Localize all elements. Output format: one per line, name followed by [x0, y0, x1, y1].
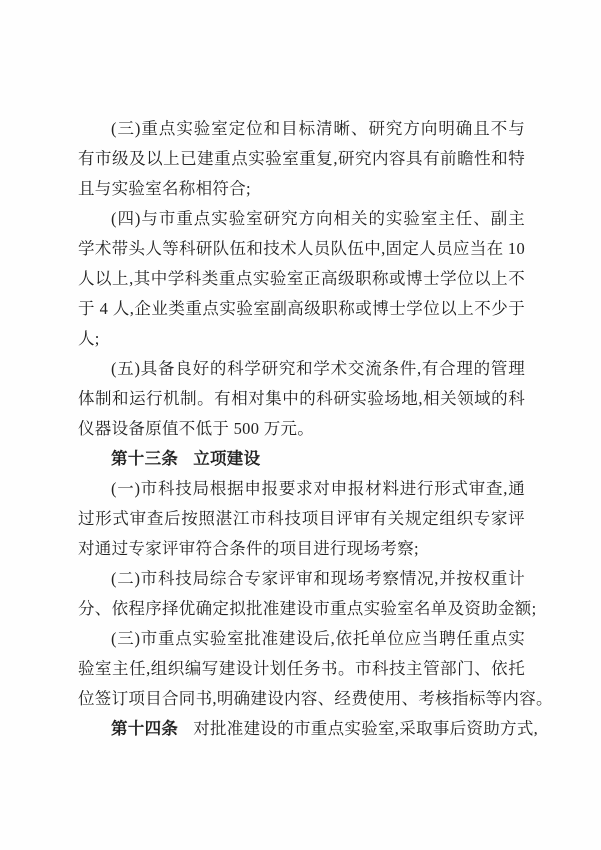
document-text-block: (三)重点实验室定位和目标清晰、研究方向明确且不与现 有市级及以上已建重点实验室…: [78, 114, 525, 744]
item-five-line-2: 体制和运行机制。有相对集中的科研实验场地,相关领域的科研: [78, 384, 525, 414]
step-three-line-2: 验室主任,组织编写建设计划任务书。市科技主管部门、依托单: [78, 654, 525, 684]
item-five-line-3: 仪器设备原值不低于 500 万元。: [78, 414, 525, 444]
step-two-line-1: (二)市科技局综合专家评审和现场考察情况,并按权重计: [78, 564, 525, 594]
item-four-line-1: (四)与市重点实验室研究方向相关的实验室主任、副主任、: [78, 204, 525, 234]
step-one-line-1: (一)市科技局根据申报要求对申报材料进行形式审查,通: [78, 474, 525, 504]
step-one-line-2: 过形式审查后按照湛江市科技项目评审有关规定组织专家评审,: [78, 504, 525, 534]
item-four-line-2: 学术带头人等科研队伍和技术人员队伍中,固定人员应当在 10: [78, 234, 525, 264]
document-page: (三)重点实验室定位和目标清晰、研究方向明确且不与现 有市级及以上已建重点实验室…: [0, 0, 601, 850]
article-14-number: 第十四条: [111, 719, 178, 738]
item-four-line-3: 人以上,其中学科类重点实验室正高级职称或博士学位以上不少: [78, 264, 525, 294]
article-14-line: 第十四条对批准建设的市重点实验室,采取事后资助方式,: [78, 714, 525, 744]
step-three-line-1: (三)市重点实验室批准建设后,依托单位应当聘任重点实: [78, 624, 525, 654]
step-three-line-3: 位签订项目合同书,明确建设内容、经费使用、考核指标等内容。: [78, 684, 525, 714]
article-13-heading: 第十三条立项建设: [78, 444, 525, 474]
item-three-line-3: 且与实验室名称相符合;: [78, 174, 525, 204]
article-13-title: 立项建设: [193, 449, 260, 468]
item-three-line-2: 有市级及以上已建重点实验室重复,研究内容具有前瞻性和特色: [78, 144, 525, 174]
item-four-line-4: 于 4 人,企业类重点实验室副高级职称或博士学位以上不少于 2: [78, 294, 525, 324]
item-four-line-5: 人;: [78, 324, 525, 354]
item-five-line-1: (五)具备良好的科学研究和学术交流条件,有合理的管理: [78, 354, 525, 384]
item-three-line-1: (三)重点实验室定位和目标清晰、研究方向明确且不与现: [78, 114, 525, 144]
step-two-line-2: 分、依程序择优确定拟批准建设市重点实验室名单及资助金额;: [78, 594, 525, 624]
article-14-text: 对批准建设的市重点实验室,采取事后资助方式,: [193, 719, 538, 738]
step-one-line-3: 对通过专家评审符合条件的项目进行现场考察;: [78, 534, 525, 564]
article-13-number: 第十三条: [111, 449, 178, 468]
